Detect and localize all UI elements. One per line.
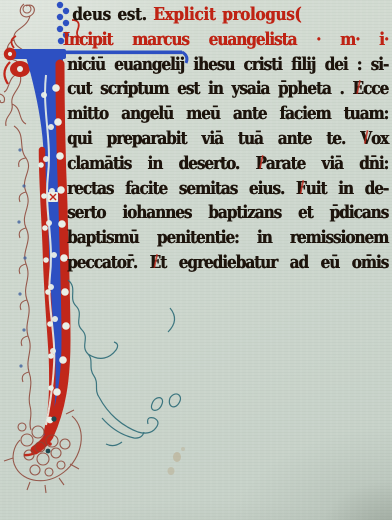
manuscript-page: I bbox=[0, 0, 392, 520]
text-segment: cce bbox=[363, 78, 388, 99]
text-segment: baptismū penitentie: in remissionem bbox=[67, 227, 388, 248]
text-segment: t egrediebatur ad eū om̄is bbox=[160, 252, 388, 273]
text-segment: deus est. bbox=[72, 4, 153, 25]
text-segment: mitto angelū meū ante faciem tuam: bbox=[67, 103, 388, 124]
penwork-teal-flourish bbox=[68, 280, 180, 446]
text-segment: niciū euangelij ihesu cristi filij dei :… bbox=[67, 54, 388, 75]
penwork-vine-left bbox=[14, 126, 31, 430]
text-segment: uit in de- bbox=[306, 178, 389, 199]
manuscript-line: mitto angelū meū ante faciem tuam: bbox=[67, 102, 388, 127]
text-segment: clamātis in deserto. bbox=[67, 153, 255, 174]
manuscript-line: baptismū penitentie: in remissionem bbox=[67, 226, 388, 251]
text-segment: cut scriptum est in ysaia p̄pheta . bbox=[67, 78, 352, 99]
text-segment: Incipit marcus euangelista · m· i· bbox=[63, 29, 388, 50]
manuscript-line: clamātis in deserto. Parate viā dn̄i: bbox=[67, 152, 388, 177]
manuscript-line: qui preparabit viā tuā ante te. Vox bbox=[67, 127, 388, 152]
manuscript-line: Incipit marcus euangelista · m· i· bbox=[63, 28, 388, 53]
text-segment: rectas facite semitas eius. bbox=[67, 178, 296, 199]
text-segment: peccator̄. bbox=[67, 252, 149, 273]
manuscript-line: cut scriptum est in ysaia p̄pheta . Ecce bbox=[67, 77, 388, 102]
manuscript-line: deus est. Explicit prologus( bbox=[72, 3, 388, 28]
text-segment: ox bbox=[371, 128, 388, 149]
text-segment: F bbox=[296, 177, 306, 202]
manuscript-line: peccator̄. Et egrediebatur ad eū om̄is bbox=[67, 251, 388, 276]
text-segment: arate viā dn̄i: bbox=[266, 153, 388, 174]
text-segment: V bbox=[360, 127, 371, 152]
text-segment: P bbox=[255, 152, 265, 177]
text-segment: serto iohannes baptizans et p̄dicans bbox=[67, 202, 388, 223]
ink-stain bbox=[168, 447, 186, 475]
manuscript-line: niciū euangelij ihesu cristi filij dei :… bbox=[67, 53, 388, 78]
text-block: deus est. Explicit prologus(Incipit marc… bbox=[67, 3, 388, 276]
text-segment: E bbox=[149, 251, 160, 276]
text-segment: E bbox=[352, 77, 363, 102]
text-segment: qui preparabit viā tuā ante te. bbox=[67, 128, 360, 149]
manuscript-line: serto iohannes baptizans et p̄dicans bbox=[67, 201, 388, 226]
text-segment: Explicit prologus( bbox=[153, 4, 301, 25]
penwork-grape-cluster bbox=[4, 410, 81, 493]
manuscript-line: rectas facite semitas eius. Fuit in de- bbox=[67, 177, 388, 202]
